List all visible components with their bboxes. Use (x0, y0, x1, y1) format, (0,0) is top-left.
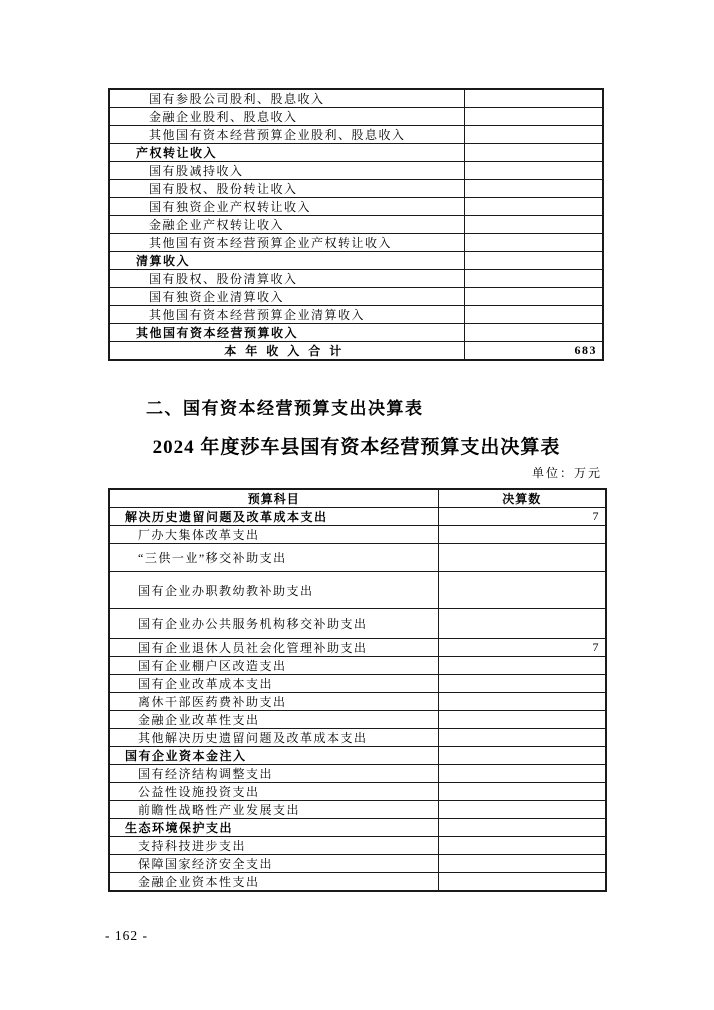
subject-column-header: 预算科目 (109, 489, 438, 508)
amount-cell (438, 837, 606, 855)
amount-cell (438, 711, 606, 729)
amount-cell (438, 544, 606, 572)
amount-column-header: 决算数 (438, 489, 606, 508)
table-row: 国有企业办职教幼教补助支出 (109, 572, 606, 609)
table-row: 离休干部医药费补助支出 (109, 693, 606, 711)
table-row: 其他国有资本经营预算企业清算收入 (109, 306, 603, 324)
amount-cell (464, 324, 603, 342)
table-row: 公益性设施投资支出 (109, 783, 606, 801)
subject-cell: 其他解决历史遗留问题及改革成本支出 (109, 729, 438, 747)
subject-cell: 支持科技进步支出 (109, 837, 438, 855)
subject-cell: 国有股权、股份转让收入 (109, 180, 464, 198)
expense-table-title: 2024 年度莎车县国有资本经营预算支出决算表 (108, 432, 605, 459)
page-number: - 162 - (105, 928, 148, 944)
subject-cell: 国有企业棚户区改造支出 (109, 657, 438, 675)
subject-cell: 其他国有资本经营预算企业股利、股息收入 (109, 126, 464, 144)
table-row: 支持科技进步支出 (109, 837, 606, 855)
subject-cell: 其他国有资本经营预算收入 (109, 324, 464, 342)
amount-cell (438, 765, 606, 783)
table-row: 其他国有资本经营预算收入 (109, 324, 603, 342)
amount-cell (464, 234, 603, 252)
table-row: 国有企业办公共服务机构移交补助支出 (109, 609, 606, 639)
table-row: 其他国有资本经营预算企业产权转让收入 (109, 234, 603, 252)
table-row: 国有企业资本金注入 (109, 747, 606, 765)
table-row: 清算收入 (109, 252, 603, 270)
amount-cell (438, 819, 606, 837)
subject-cell: 其他国有资本经营预算企业产权转让收入 (109, 234, 464, 252)
table-row: 国有企业退休人员社会化管理补助支出7 (109, 639, 606, 657)
amount-cell (438, 693, 606, 711)
subject-cell: 国有独资企业清算收入 (109, 288, 464, 306)
amount-cell (464, 126, 603, 144)
amount-cell (464, 89, 603, 108)
amount-cell (438, 783, 606, 801)
amount-cell (464, 162, 603, 180)
table-row: 金融企业资本性支出 (109, 873, 606, 892)
amount-cell: 7 (438, 508, 606, 526)
table-row: 国有独资企业产权转让收入 (109, 198, 603, 216)
table-row: 本 年 收 入 合 计683 (109, 342, 603, 361)
table-row: 生态环境保护支出 (109, 819, 606, 837)
amount-cell (438, 747, 606, 765)
subject-cell: 保障国家经济安全支出 (109, 855, 438, 873)
table-row: 金融企业改革性支出 (109, 711, 606, 729)
subject-cell: 金融企业产权转让收入 (109, 216, 464, 234)
amount-cell: 683 (464, 342, 603, 361)
subject-cell: 国有独资企业产权转让收入 (109, 198, 464, 216)
unit-label: 单位：万元 (108, 464, 602, 481)
amount-cell: 7 (438, 639, 606, 657)
table-row: 解决历史遗留问题及改革成本支出7 (109, 508, 606, 526)
table-row: 国有企业改革成本支出 (109, 675, 606, 693)
subject-cell: “三供一业”移交补助支出 (109, 544, 438, 572)
table-row: 国有独资企业清算收入 (109, 288, 603, 306)
table-row: 国有经济结构调整支出 (109, 765, 606, 783)
section-heading: 二、国有资本经营预算支出决算表 (146, 394, 424, 419)
expense-table: 预算科目 决算数 解决历史遗留问题及改革成本支出7厂办大集体改革支出“三供一业”… (108, 488, 607, 892)
table-row: 国有股权、股份清算收入 (109, 270, 603, 288)
amount-cell (464, 216, 603, 234)
amount-cell (438, 801, 606, 819)
table-row: 厂办大集体改革支出 (109, 526, 606, 544)
subject-cell: 生态环境保护支出 (109, 819, 438, 837)
amount-cell (438, 675, 606, 693)
subject-cell: 金融企业改革性支出 (109, 711, 438, 729)
amount-cell (464, 306, 603, 324)
amount-cell (464, 252, 603, 270)
subject-cell: 国有经济结构调整支出 (109, 765, 438, 783)
subject-cell: 产权转让收入 (109, 144, 464, 162)
amount-cell (438, 657, 606, 675)
amount-cell (438, 873, 606, 892)
table-header-row: 预算科目 决算数 (109, 489, 606, 508)
table-row: 金融企业股利、股息收入 (109, 108, 603, 126)
table-row: 前瞻性战略性产业发展支出 (109, 801, 606, 819)
table-row: “三供一业”移交补助支出 (109, 544, 606, 572)
subject-cell: 金融企业资本性支出 (109, 873, 438, 892)
table-row: 其他解决历史遗留问题及改革成本支出 (109, 729, 606, 747)
subject-cell: 前瞻性战略性产业发展支出 (109, 801, 438, 819)
table-row: 其他国有资本经营预算企业股利、股息收入 (109, 126, 603, 144)
subject-cell: 国有股权、股份清算收入 (109, 270, 464, 288)
amount-cell (438, 572, 606, 609)
subject-cell: 国有参股公司股利、股息收入 (109, 89, 464, 108)
amount-cell (464, 270, 603, 288)
subject-cell: 其他国有资本经营预算企业清算收入 (109, 306, 464, 324)
table-row: 产权转让收入 (109, 144, 603, 162)
amount-cell (464, 144, 603, 162)
income-table: 国有参股公司股利、股息收入金融企业股利、股息收入其他国有资本经营预算企业股利、股… (108, 88, 604, 361)
amount-cell (438, 526, 606, 544)
subject-cell: 本 年 收 入 合 计 (109, 342, 464, 361)
table-row: 金融企业产权转让收入 (109, 216, 603, 234)
subject-cell: 清算收入 (109, 252, 464, 270)
amount-cell (464, 108, 603, 126)
subject-cell: 解决历史遗留问题及改革成本支出 (109, 508, 438, 526)
subject-cell: 国有企业退休人员社会化管理补助支出 (109, 639, 438, 657)
table-row: 保障国家经济安全支出 (109, 855, 606, 873)
subject-cell: 金融企业股利、股息收入 (109, 108, 464, 126)
amount-cell (438, 729, 606, 747)
subject-cell: 厂办大集体改革支出 (109, 526, 438, 544)
subject-cell: 国有企业改革成本支出 (109, 675, 438, 693)
table-row: 国有企业棚户区改造支出 (109, 657, 606, 675)
amount-cell (464, 288, 603, 306)
document-page: 国有参股公司股利、股息收入金融企业股利、股息收入其他国有资本经营预算企业股利、股… (0, 0, 714, 1010)
table-row: 国有股减持收入 (109, 162, 603, 180)
amount-cell (438, 609, 606, 639)
amount-cell (464, 198, 603, 216)
subject-cell: 离休干部医药费补助支出 (109, 693, 438, 711)
amount-cell (438, 855, 606, 873)
subject-cell: 公益性设施投资支出 (109, 783, 438, 801)
table-row: 国有参股公司股利、股息收入 (109, 89, 603, 108)
subject-cell: 国有企业办公共服务机构移交补助支出 (109, 609, 438, 639)
table-row: 国有股权、股份转让收入 (109, 180, 603, 198)
amount-cell (464, 180, 603, 198)
subject-cell: 国有股减持收入 (109, 162, 464, 180)
subject-cell: 国有企业办职教幼教补助支出 (109, 572, 438, 609)
subject-cell: 国有企业资本金注入 (109, 747, 438, 765)
